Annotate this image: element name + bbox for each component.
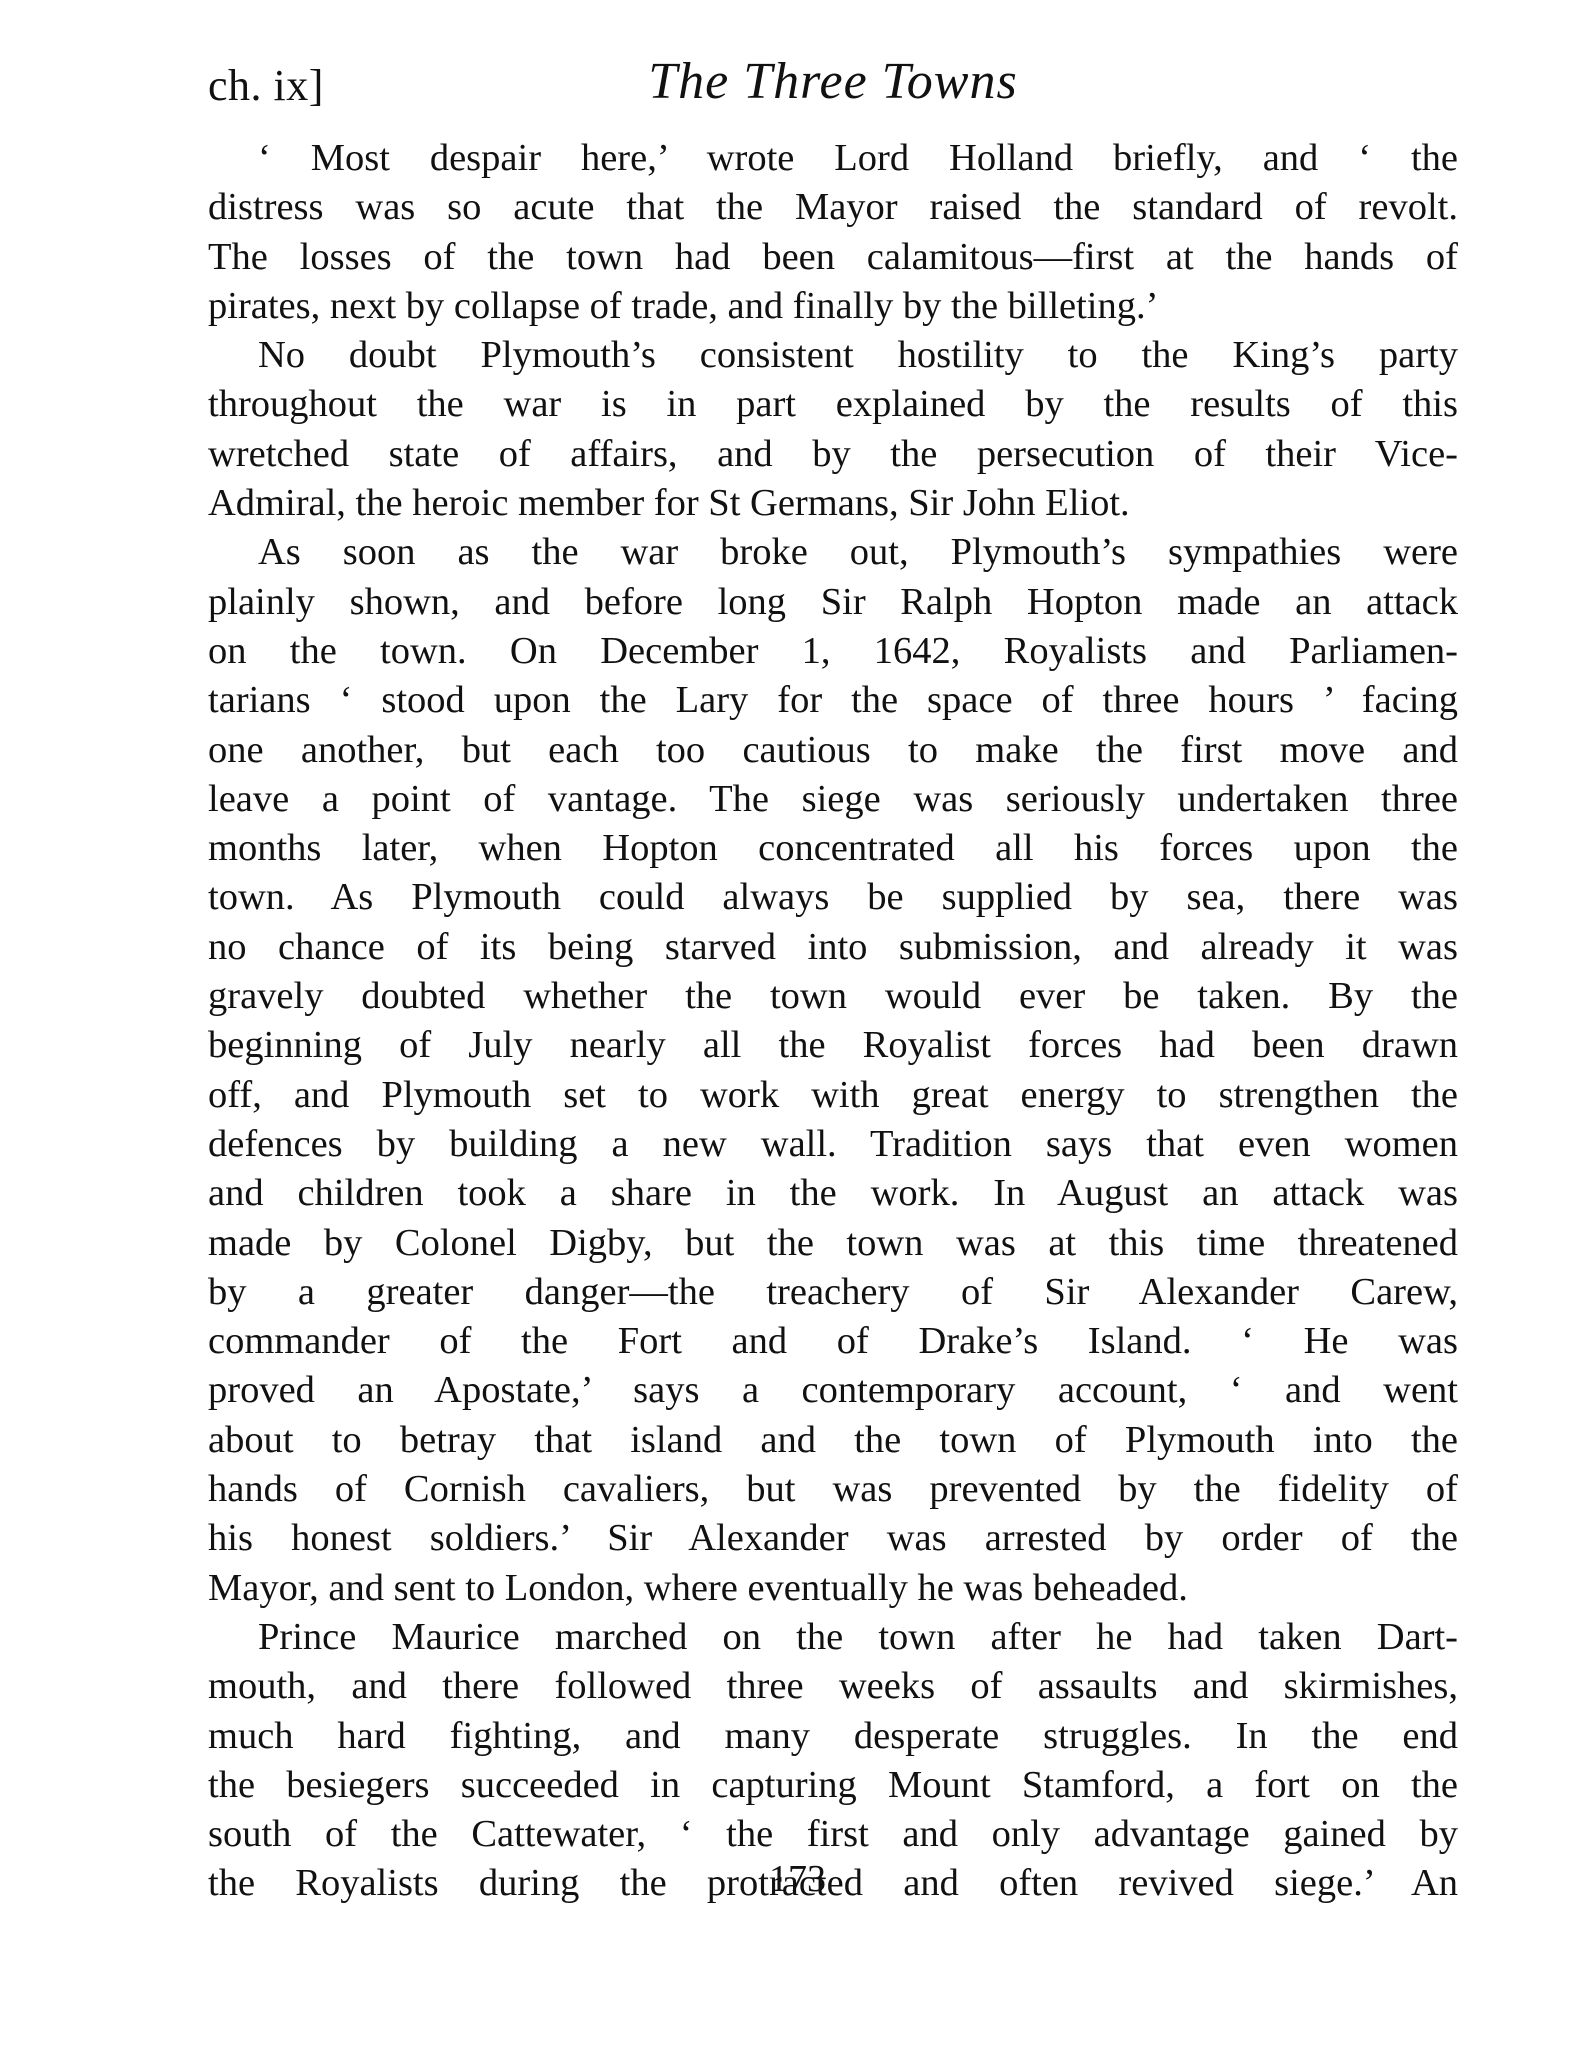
text-line: pirates, next by collapse of trade, and …: [208, 282, 1458, 331]
text-line: Admiral, the heroic member for St German…: [208, 479, 1458, 528]
text-line: Mayor, and sent to London, where eventua…: [208, 1564, 1458, 1613]
text-line: throughout the war is in part explained …: [208, 380, 1458, 429]
text-line: and children took a share in the work. I…: [208, 1169, 1458, 1218]
text-line: off, and Plymouth set to work with great…: [208, 1071, 1458, 1120]
text-line: on the town. On December 1, 1642, Royali…: [208, 627, 1458, 676]
text-line: commander of the Fort and of Drake’s Isl…: [208, 1317, 1458, 1366]
book-page: ch. ix] The Three Towns ‘ Most despair h…: [208, 60, 1458, 1909]
text-line: months later, when Hopton concentrated a…: [208, 824, 1458, 873]
text-line: the besiegers succeeded in capturing Mou…: [208, 1761, 1458, 1810]
text-line: made by Colonel Digby, but the town was …: [208, 1219, 1458, 1268]
body-text: ‘ Most despair here,’ wrote Lord Holland…: [208, 134, 1458, 1909]
text-line: proved an Apostate,’ says a contemporary…: [208, 1366, 1458, 1415]
page-number: 173: [0, 1857, 1595, 1901]
text-line: No doubt Plymouth’s consistent hostility…: [208, 331, 1458, 380]
text-line: much hard fighting, and many desperate s…: [208, 1712, 1458, 1761]
text-line: town. As Plymouth could always be suppli…: [208, 873, 1458, 922]
text-line: hands of Cornish cavaliers, but was prev…: [208, 1465, 1458, 1514]
text-line: south of the Cattewater, ‘ the first and…: [208, 1810, 1458, 1859]
text-line: plainly shown, and before long Sir Ralph…: [208, 578, 1458, 627]
text-line: The losses of the town had been calamito…: [208, 233, 1458, 282]
text-line: ‘ Most despair here,’ wrote Lord Holland…: [208, 134, 1458, 183]
text-line: leave a point of vantage. The siege was …: [208, 775, 1458, 824]
running-header: ch. ix] The Three Towns: [208, 60, 1458, 130]
text-line: As soon as the war broke out, Plymouth’s…: [208, 528, 1458, 577]
text-line: defences by building a new wall. Traditi…: [208, 1120, 1458, 1169]
text-line: mouth, and there followed three weeks of…: [208, 1662, 1458, 1711]
paragraph-2: No doubt Plymouth’s consistent hostility…: [208, 331, 1458, 528]
paragraph-1: ‘ Most despair here,’ wrote Lord Holland…: [208, 134, 1458, 331]
running-title: The Three Towns: [208, 52, 1458, 111]
text-line: tarians ‘ stood upon the Lary for the sp…: [208, 676, 1458, 725]
text-line: his honest soldiers.’ Sir Alexander was …: [208, 1514, 1458, 1563]
text-line: by a greater danger—the treachery of Sir…: [208, 1268, 1458, 1317]
text-line: beginning of July nearly all the Royalis…: [208, 1021, 1458, 1070]
text-line: about to betray that island and the town…: [208, 1416, 1458, 1465]
text-line: one another, but each too cautious to ma…: [208, 726, 1458, 775]
text-line: wretched state of affairs, and by the pe…: [208, 430, 1458, 479]
paragraph-3: As soon as the war broke out, Plymouth’s…: [208, 528, 1458, 1613]
text-line: Prince Maurice marched on the town after…: [208, 1613, 1458, 1662]
text-line: distress was so acute that the Mayor rai…: [208, 183, 1458, 232]
text-line: gravely doubted whether the town would e…: [208, 972, 1458, 1021]
text-line: no chance of its being starved into subm…: [208, 923, 1458, 972]
